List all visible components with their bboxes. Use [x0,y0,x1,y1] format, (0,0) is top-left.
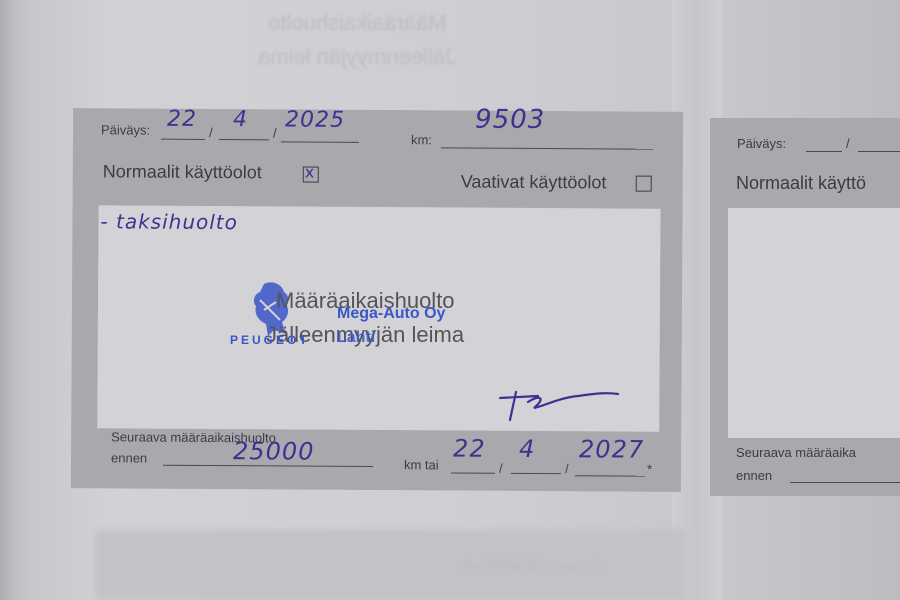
date-separator: / [499,461,503,476]
next-date-day-value: 22 [453,434,486,462]
next-service-before-label: ennen [736,468,772,483]
stamp-city: Lahti [337,329,375,347]
asterisk: * [647,462,652,477]
date-day-field[interactable] [806,151,842,152]
next-service-entry-card: Päiväys: / Normaalit käyttö Seuraava mää… [710,118,900,496]
date-month-value: 4 [233,107,248,132]
date-year-field[interactable] [281,141,359,142]
date-separator: / [209,125,213,140]
date-day-field[interactable] [161,139,205,140]
demanding-conditions-checkbox[interactable] [636,176,652,192]
next-service-km-field[interactable] [790,482,900,483]
ghost-text-title: Määräaikaishuolto [268,10,447,36]
date-month-field[interactable] [858,151,900,152]
next-date-year-value: 2027 [579,435,644,463]
date-year-value: 2025 [285,107,345,132]
notes-and-stamp-area [728,208,900,438]
date-separator: / [273,125,277,140]
normal-conditions-label: Normaalit käyttö [736,173,866,194]
demanding-conditions-label: Vaativat käyttöolot [461,172,607,194]
date-label: Päiväys: [101,122,150,137]
next-service-before-label: ennen [111,450,147,465]
date-separator: / [846,136,850,151]
date-day-value: 22 [167,107,197,132]
stamp-company: Mega-Auto Oy [337,305,445,323]
date-separator: / [565,461,569,476]
normal-conditions-checkbox[interactable]: x [303,167,319,183]
km-field[interactable] [441,147,653,149]
km-label: km: [411,132,432,147]
next-date-day-field[interactable] [451,472,495,473]
km-or-label: km tai [404,457,439,472]
km-value: 9503 [475,105,545,135]
next-service-label: Seuraava määräaika [736,445,856,460]
next-service-km-value: 25000 [233,437,315,465]
ghost-text-subtitle: Jälleenmyyjän leima [258,44,456,70]
date-label: Päiväys: [737,136,786,151]
page-edge-shadow [0,0,18,600]
next-date-year-field[interactable] [575,475,645,476]
signature [498,388,623,424]
handwritten-note: - taksihuolto [100,209,238,234]
date-month-field[interactable] [219,139,269,140]
normal-conditions-label: Normaalit käyttöolot [103,161,262,183]
checkmark-x-icon: x [305,163,315,182]
stamp-brand: PEUGEOT [230,333,310,347]
ghost-text-bottom: Seuraava määräaikaishuolto [460,560,599,572]
next-date-month-field[interactable] [511,473,561,474]
next-date-month-value: 4 [519,435,535,463]
